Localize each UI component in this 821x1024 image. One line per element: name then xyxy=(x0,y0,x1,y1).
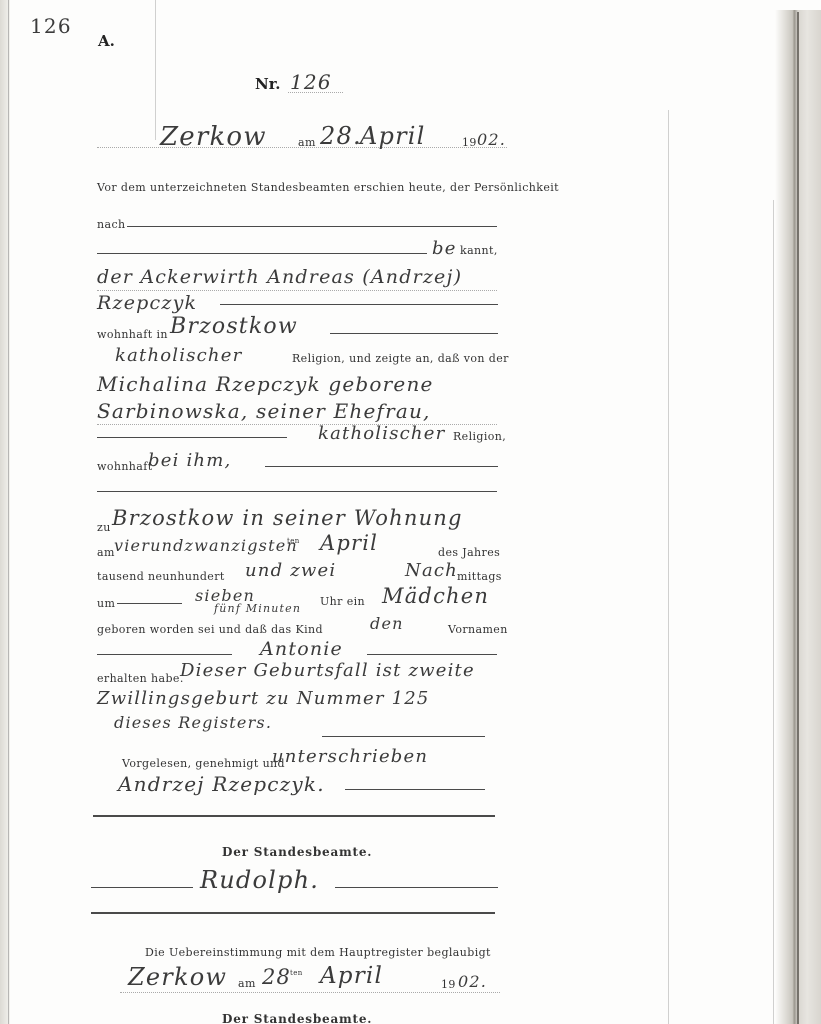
cert-month: April xyxy=(320,963,383,989)
blank-rule xyxy=(220,304,498,305)
column-rule xyxy=(773,200,774,1024)
dotted-line xyxy=(288,92,343,93)
column-rule xyxy=(668,110,669,1024)
declarant-line-1: der Ackerwirth Andreas (Andrzej) xyxy=(97,266,462,288)
unterschrieben: unterschrieben xyxy=(272,746,428,767)
vornamen-label: Vornamen xyxy=(448,623,508,636)
registrar-heading: Der Standesbeamte. xyxy=(222,845,372,859)
minutes: fünf Minuten xyxy=(214,602,301,615)
year-prefix: 19 xyxy=(462,136,477,149)
section-divider xyxy=(91,912,495,914)
cert-place: Zerkow xyxy=(128,963,227,991)
des-jahres-label: des Jahres xyxy=(438,546,500,559)
blank-rule xyxy=(367,654,497,655)
year-suffix: 02. xyxy=(477,130,506,149)
religion-1: katholischer xyxy=(115,345,242,366)
nr-value: 126 xyxy=(290,70,332,94)
ten-superscript: ten xyxy=(287,537,300,545)
place-name: Zerkow xyxy=(160,122,267,152)
note-line-1: Dieser Geburtsfall ist zweite xyxy=(180,660,475,681)
birthplace: Brzostkow in seiner Wohnung xyxy=(112,506,463,530)
certification-text: Die Uebereinstimmung mit dem Hauptregist… xyxy=(145,946,491,959)
intro-text: Vor dem unterzeichneten Standesbeamten e… xyxy=(97,181,559,194)
mother-line-2: Sarbinowska, seiner Ehefrau, xyxy=(97,399,431,423)
be-handwritten: be xyxy=(432,238,457,259)
margin-note: 126 xyxy=(30,14,72,38)
blank-rule xyxy=(97,654,232,655)
erhalten-label: erhalten habe. xyxy=(97,672,184,685)
blank-rule xyxy=(97,253,427,254)
scanned-register-page: 126 A. Nr. 126 Zerkow am 28. April 19 02… xyxy=(0,0,821,1024)
blank-rule xyxy=(322,736,485,737)
den-handwritten: den xyxy=(370,614,404,633)
uhr-ein-label: Uhr ein xyxy=(320,595,365,608)
blank-rule xyxy=(97,437,287,438)
zu-label: zu xyxy=(97,521,111,534)
wohnhaft-label: wohnhaft xyxy=(97,460,153,473)
blank-rule xyxy=(265,466,498,467)
birth-month: April xyxy=(320,531,378,555)
registrar-heading-bottom: Der Standesbeamte. xyxy=(222,1012,372,1024)
dotted-line xyxy=(97,290,497,291)
mittags-label: mittags xyxy=(457,570,502,583)
column-rule xyxy=(155,0,156,140)
religion-1-label: Religion, und zeigte an, daß von der xyxy=(292,352,509,365)
left-margin-rule xyxy=(8,0,9,1024)
cert-year-suffix: 02. xyxy=(458,972,487,991)
blank-rule xyxy=(91,887,193,888)
religion-2: katholischer xyxy=(318,423,445,444)
wohnhaft-handwritten: bei ihm, xyxy=(148,450,231,471)
cert-day: 28 xyxy=(262,965,291,989)
note-line-3: dieses Registers. xyxy=(114,713,272,732)
birth-day: vierundzwanzigsten xyxy=(114,536,298,555)
religion-2-label: Religion, xyxy=(453,430,506,443)
tausend-label: tausend neunhundert xyxy=(97,570,225,583)
form-letter: A. xyxy=(98,32,115,50)
registrar-signature: Rudolph. xyxy=(200,866,319,894)
date-am-label: am xyxy=(298,136,316,149)
am-label: am xyxy=(97,546,115,559)
blank-rule xyxy=(335,887,498,888)
um-label: um xyxy=(97,597,115,610)
mother-line-1: Michalina Rzepczyk geborene xyxy=(97,372,434,396)
nr-label: Nr. xyxy=(255,75,280,93)
year-words: und zwei xyxy=(245,560,336,581)
declarant-line-2: Rzepczyk xyxy=(97,292,197,314)
blank-rule xyxy=(345,789,485,790)
child-name: Antonie xyxy=(260,638,343,660)
dotted-line xyxy=(120,992,500,993)
vorgelesen-label: Vorgelesen, genehmigt und xyxy=(122,757,285,770)
date-month: April xyxy=(360,122,426,150)
nach-label: nach xyxy=(97,218,126,231)
kannt-label: kannt, xyxy=(460,244,498,257)
note-line-2: Zwillingsgeburt zu Nummer 125 xyxy=(97,688,430,709)
nach-handwritten: Nach xyxy=(405,560,458,581)
geboren-label: geboren worden sei und daß das Kind xyxy=(97,623,323,636)
book-spine-line xyxy=(797,12,799,1024)
cert-am-label: am xyxy=(238,977,256,990)
blank-rule xyxy=(127,226,497,227)
cert-ten-superscript: ten xyxy=(290,969,303,977)
wohnhaft-in-label: wohnhaft in xyxy=(97,328,168,341)
section-divider xyxy=(93,815,495,817)
date-day: 28. xyxy=(320,122,362,150)
blank-rule xyxy=(330,333,498,334)
child-sex: Mädchen xyxy=(382,584,489,608)
declarant-signature: Andrzej Rzepczyk. xyxy=(118,772,325,796)
blank-rule xyxy=(117,603,182,604)
blank-rule xyxy=(97,491,497,492)
cert-year-prefix: 19 xyxy=(441,978,456,991)
residence: Brzostkow xyxy=(170,314,298,339)
